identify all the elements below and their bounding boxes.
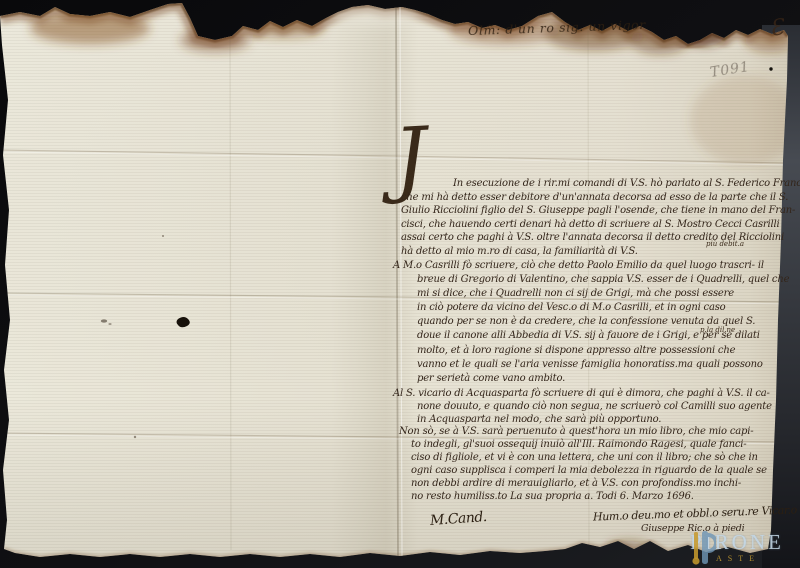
manuscript-paragraph-3: Al S. vicario di Acquasparta fò scriuere…: [393, 387, 772, 426]
manuscript-paragraph-4: Non sò, se à V.S. sarà peruenuto à quest…: [399, 425, 767, 504]
manuscript-line: in ciò potere da vicino del Vesc.o di M.…: [417, 301, 789, 315]
manuscript-line: Al S. vicario di Acquasparta fò scriuere…: [393, 387, 772, 400]
pencil-mark: T091: [709, 59, 751, 81]
manuscript-paragraph-2: A M.o Casrilli fò scriuere, ciò che dett…: [393, 259, 789, 386]
manuscript-line: breue di Gregorio di Valentino, che sapp…: [417, 273, 789, 287]
manuscript-line: vanno et le quali se l'aria venisse fami…: [417, 358, 789, 372]
interlinear-note: p.la dil.ne: [700, 326, 735, 334]
manuscript-line: to indegli, gl'suoi ossequij inuiò all'I…: [411, 438, 767, 451]
manuscript-line: none douuto, e quando ciò non segua, ne …: [417, 400, 772, 413]
handwriting-layer: Olm̃: d'un ro sig. un vigor Ɛ T091 J In …: [0, 0, 800, 568]
auction-watermark: PIRONE ASTE: [690, 531, 784, 563]
manuscript-line: che mi hà detto esser debitore d'un'anna…: [401, 191, 800, 205]
watermark-subtitle: ASTE: [716, 554, 784, 563]
manuscript-line: ogni caso supplisca i comperi la mia deb…: [411, 464, 767, 477]
manuscript-line: Giulio Ricciolini figlio del S. Giuseppe…: [401, 204, 800, 218]
docket-monogram: M.Cand.: [430, 509, 488, 529]
manuscript-photograph: Olm̃: d'un ro sig. un vigor Ɛ T091 J In …: [0, 0, 800, 568]
header-inscription: Olm̃: d'un ro sig. un vigor: [468, 17, 646, 38]
manuscript-line: no resto humiliss.to La sua propria a. T…: [411, 490, 767, 503]
manuscript-line: cisci, che hauendo certi denari hà detto…: [401, 218, 800, 232]
auction-logo-icon: [690, 531, 716, 565]
manuscript-line: A M.o Casrilli fò scriuere, ciò che dett…: [393, 259, 789, 273]
interlinear-note: più debit.a: [706, 240, 744, 248]
manuscript-line: molto, et à loro ragione si dispone appr…: [417, 344, 789, 358]
manuscript-line: non debbi ardire di merauigliarlo, et à …: [411, 477, 767, 490]
signature-line: Hum.o deu.mo et obbl.o seru.re Vicar.o: [593, 503, 797, 523]
manuscript-line: per serietà come vano ambito.: [417, 372, 789, 386]
manuscript-line: ciso di figliole, et vi è con una letter…: [411, 451, 767, 464]
header-flourish: Ɛ: [768, 15, 785, 42]
manuscript-line: mi si dice, che i Quadrelli non ci sij d…: [417, 287, 789, 301]
manuscript-line: In esecuzione de i rir.mi comandi di V.S…: [453, 177, 800, 191]
manuscript-line: Non sò, se à V.S. sarà peruenuto à quest…: [399, 425, 767, 438]
